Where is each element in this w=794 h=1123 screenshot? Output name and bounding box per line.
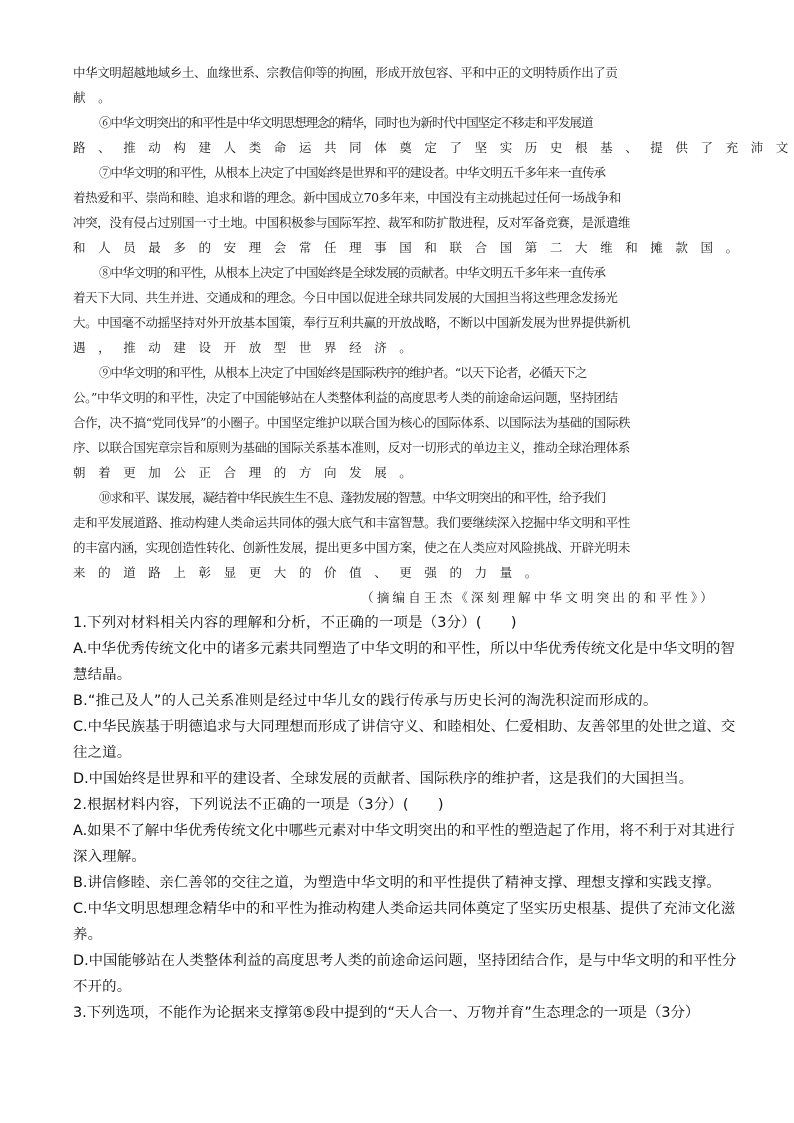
q2-option-d-cont: 不开的。	[73, 977, 733, 997]
paragraph-line: 冲突，没有侵占过别国一寸土地。中国积极参与国际军控、裁军和防扩散进程，反对军备竞…	[73, 214, 733, 232]
paragraph-line: 遇，推动建设开放型世界经济。	[73, 339, 733, 357]
question-1-stem: 1.下列对材料相关内容的理解和分析，不正确的一项是（3分）( )	[73, 613, 733, 633]
passage-source-citation: （摘编自王杰《深刻理解中华文明突出的和平性》）	[361, 589, 716, 607]
q1-option-c-cont: 往之道。	[73, 743, 733, 763]
paragraph-line: 献。	[73, 89, 733, 107]
paragraph-line: 朝着更加公正合理的方向发展。	[73, 464, 733, 482]
paragraph-first-line: ⑧中华文明的和平性，从根本上决定了中国始终是全球发展的贡献者。中华文明五千多年来…	[99, 264, 759, 282]
q1-option-d: D.中国始终是世界和平的建设者、全球发展的贡献者、国际秩序的维护者，这是我们的大…	[73, 769, 733, 789]
paragraph-first-line: ⑥中华文明突出的和平性是中华文明思想理念的精华，同时也为新时代中国坚定不移走和平…	[99, 114, 759, 132]
q1-option-b: B.“推己及人”的人己关系准则是经过中华儿女的践行传承与历史长河的淘洗积淀而形成…	[73, 691, 733, 711]
q2-option-d: D.中国能够站在人类整体利益的高度思考人类的前途命运问题，坚持团结合作，是与中华…	[73, 951, 733, 971]
paragraph-line: 和人员最多的安理会常任理事国和联合国第二大维和摊款国。	[73, 239, 733, 257]
question-2-stem: 2.根据材料内容，下列说法不正确的一项是（3分）( )	[73, 795, 733, 815]
q2-option-a: A.如果不了解中华优秀传统文化中哪些元素对中华文明突出的和平性的塑造起了作用，将…	[73, 821, 733, 841]
document-page: 中华文明超越地域乡土、血缘世系、宗教信仰等的拘囿，形成开放包容、平和中正的文明特…	[0, 0, 794, 1123]
paragraph-line: 的丰富内涵，实现创造性转化、创新性发展，提出更多中国方案，使之在人类应对风险挑战…	[73, 539, 733, 557]
paragraph-line: 公。”中华文明的和平性，决定了中国能够站在人类整体利益的高度思考人类的前途命运问…	[73, 389, 733, 407]
question-3-stem: 3.下列选项，不能作为论据来支撑第⑤段中提到的“天人合一、万物并育”生态理念的一…	[73, 1003, 733, 1023]
q2-option-b: B.讲信修睦、亲仁善邻的交往之道，为塑造中华文明的和平性提供了精神支撑、理想支撑…	[73, 873, 733, 893]
paragraph-line: 走和平发展道路、推动构建人类命运共同体的强大底气和丰富智慧。我们要继续深入挖掘中…	[73, 514, 733, 532]
q1-option-c: C.中华民族基于明德追求与大同理想而形成了讲信守义、和睦相处、仁爱相助、友善邻里…	[73, 717, 733, 737]
paragraph-line: 着天下大同、共生并进、交通成和的理念。今日中国以促进全球共同发展的大国担当将这些…	[73, 289, 733, 307]
paragraph-line: 序、以联合国宪章宗旨和原则为基础的国际关系基本准则，反对一切形式的单边主义，推动…	[73, 439, 733, 457]
paragraph-line: 来的道路上彰显更大的价值、更强的力量。	[73, 564, 733, 582]
paragraph-line: 路、推动构建人类命运共同体奠定了坚实历史根基、提供了充沛文化滋养。	[73, 139, 733, 157]
q2-option-c: C.中华文明思想理念精华中的和平性为推动构建人类命运共同体奠定了坚实历史根基、提…	[73, 899, 733, 919]
paragraph-line: 合作，决不搞“党同伐异”的小圈子。中国坚定维护以联合国为核心的国际体系、以国际法…	[73, 414, 733, 432]
paragraph-first-line: ⑨中华文明的和平性，从根本上决定了中国始终是国际秩序的维护者。“以天下论者，必循…	[99, 364, 759, 382]
paragraph-line: 中华文明超越地域乡土、血缘世系、宗教信仰等的拘囿，形成开放包容、平和中正的文明特…	[73, 64, 733, 82]
paragraph-first-line: ⑩求和平、谋发展，凝结着中华民族生生不息、蓬勃发展的智慧。中华文明突出的和平性，…	[99, 489, 759, 507]
paragraph-first-line: ⑦中华文明的和平性，从根本上决定了中国始终是世界和平的建设者。中华文明五千多年来…	[99, 164, 759, 182]
q1-option-a: A.中华优秀传统文化中的诸多元素共同塑造了中华文明的和平性，所以中华优秀传统文化…	[73, 639, 733, 659]
q2-option-a-cont: 深入理解。	[73, 847, 733, 867]
q1-option-a-cont: 慧结晶。	[73, 665, 733, 685]
q2-option-c-cont: 养。	[73, 925, 733, 945]
paragraph-line: 着热爱和平、崇尚和睦、追求和谐的理念。新中国成立70多年来，中国没有主动挑起过任…	[73, 189, 733, 207]
paragraph-line: 大。中国毫不动摇坚持对外开放基本国策，奉行互利共赢的开放战略，不断以中国新发展为…	[73, 314, 733, 332]
